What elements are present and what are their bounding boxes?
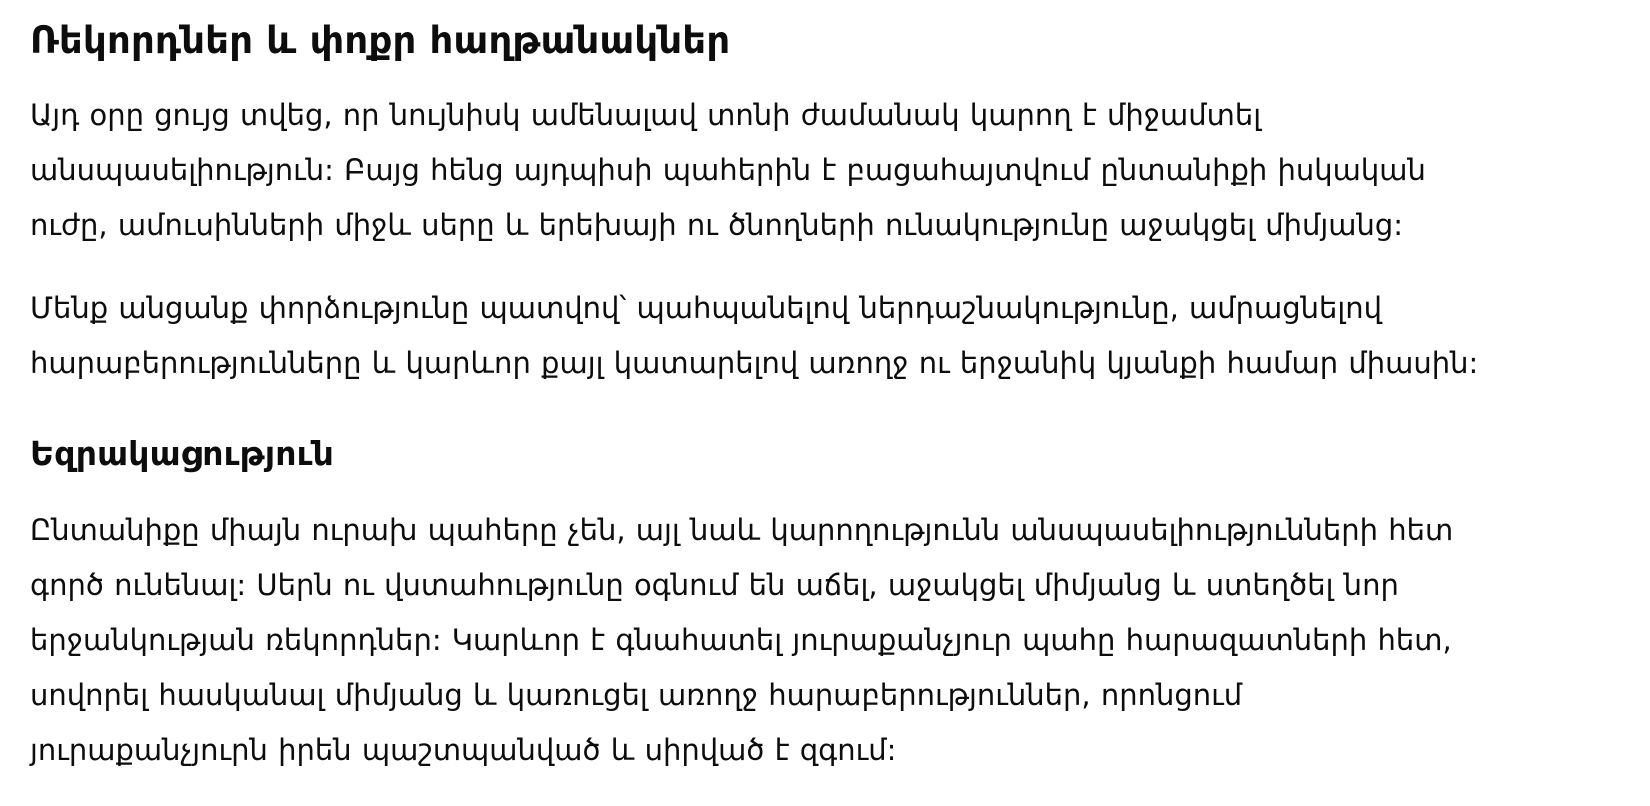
section-records-and-small-victories: Ռեկորդներ և փոքր հաղթանակներ Այդ օրը ցու… bbox=[30, 18, 1480, 391]
section-heading-conclusion: Եզրակացություն bbox=[30, 433, 1480, 474]
section-conclusion: Եզրակացություն Ընտանիքը միայն ուրախ պահե… bbox=[30, 433, 1480, 777]
paragraph-conclusion: Ընտանիքը միայն ուրախ պահերը չեն, այլ նաև… bbox=[30, 503, 1480, 778]
section-heading-records: Ռեկորդներ և փոքր հաղթանակներ bbox=[30, 18, 1480, 64]
paragraph-unexpectedness: Այդ օրը ցույց տվեց, որ նույնիսկ ամենալավ… bbox=[30, 88, 1480, 253]
document-page: Ռեկորդներ և փոքր հաղթանակներ Այդ օրը ցու… bbox=[0, 0, 1650, 806]
paragraph-passed-the-test: Մենք անցանք փորձությունը պատվով՝ պահպանե… bbox=[30, 281, 1480, 391]
